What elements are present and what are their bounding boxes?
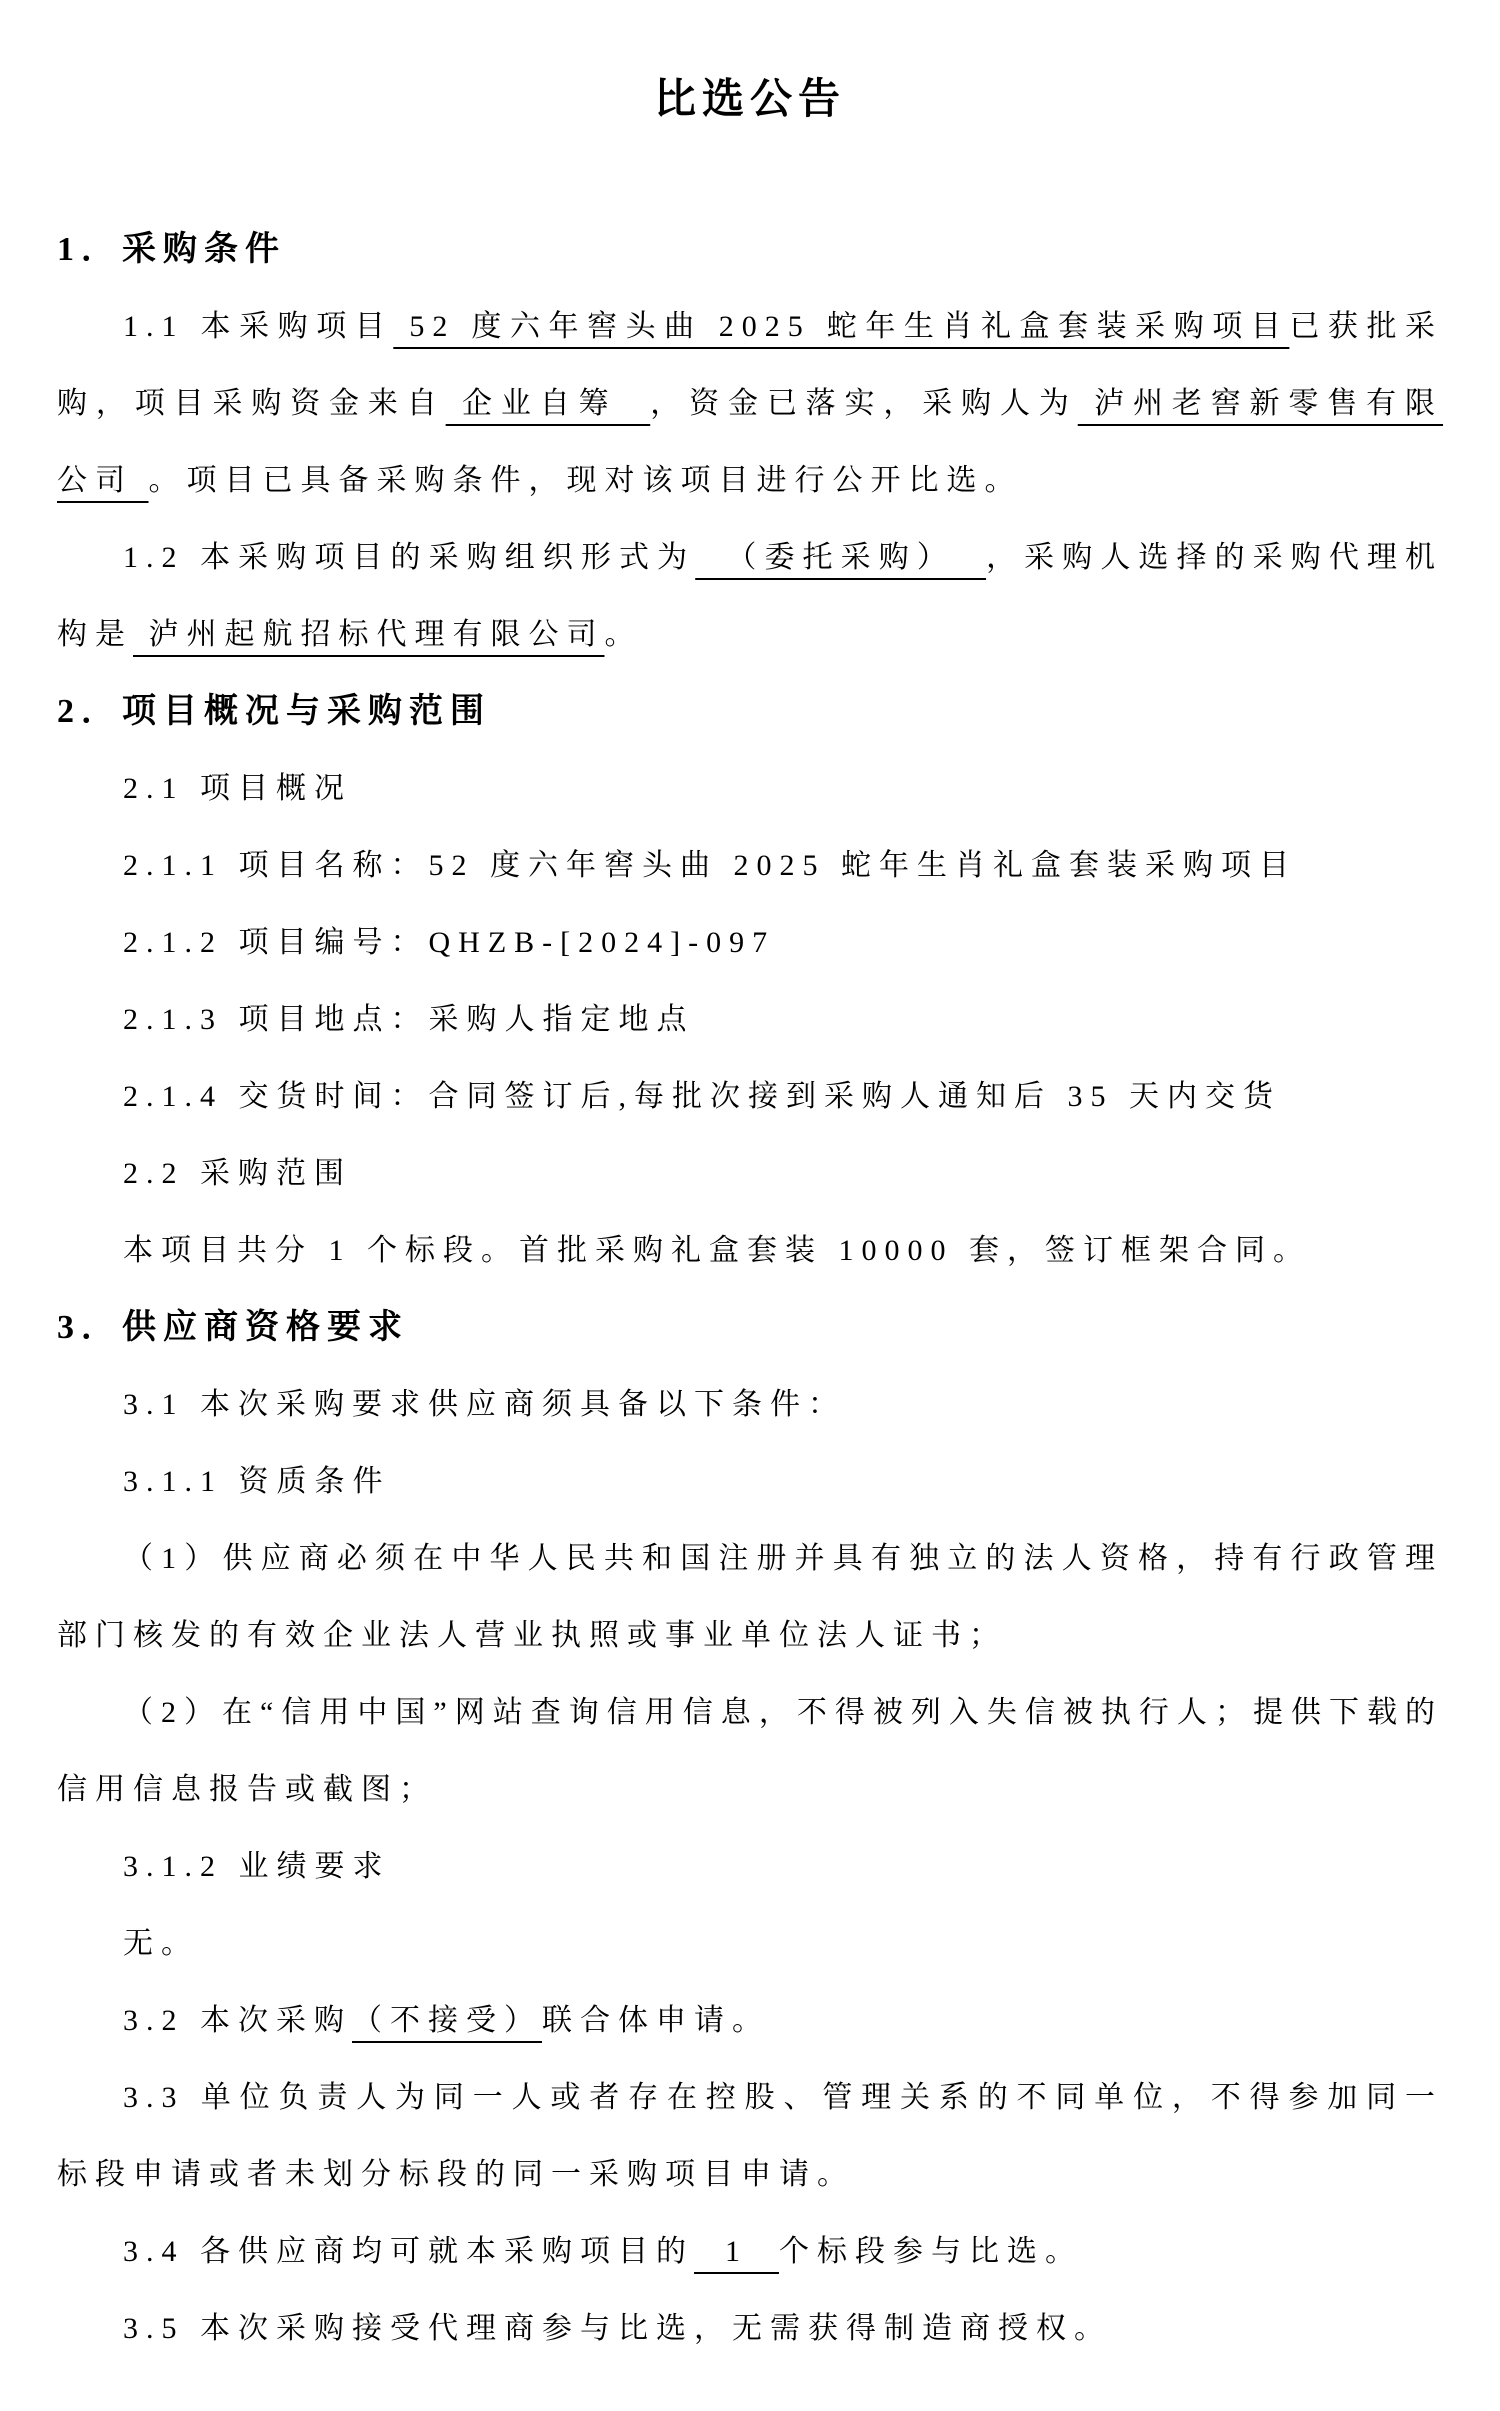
text-run: 1.2 本采购项目的采购组织形式为 (123, 541, 695, 574)
text-run: 2.1.1 项目名称：52 度六年窖头曲 2025 蛇年生肖礼盒套装采购项目 (123, 849, 1297, 882)
paragraph: 3.1.1 资质条件 (57, 1443, 1443, 1520)
paragraph: 2.1.4 交货时间：合同签订后,每批次接到采购人通知后 35 天内交货 (57, 1058, 1443, 1135)
text-run: 本项目共分 1 个标段。首批采购礼盒套装 10000 套，签订框架合同。 (123, 1234, 1311, 1267)
paragraph: 3.4 各供应商均可就本采购项目的 1 个标段参与比选。 (57, 2213, 1443, 2290)
paragraph: 1.2 本采购项目的采购组织形式为 （委托采购） ，采购人选择的采购代理机构是 … (57, 519, 1443, 673)
text-run: 个标段参与比选。 (779, 2235, 1083, 2268)
text-run: 无。 (123, 1927, 199, 1960)
text-run: 2.1.4 交货时间：合同签订后,每批次接到采购人通知后 35 天内交货 (123, 1080, 1281, 1113)
text-run: 2.1.2 项目编号：QHZB-[2024]-097 (123, 926, 775, 959)
underlined-blank: 泸州起航招标代理有限公司 (133, 618, 605, 651)
text-run: 3.5 本次采购接受代理商参与比选，无需获得制造商授权。 (123, 2312, 1112, 2345)
paragraph: （2）在“信用中国”网站查询信用信息，不得被列入失信被执行人；提供下载的信用信息… (57, 1674, 1443, 1828)
paragraph: 2.2 采购范围 (57, 1135, 1443, 1212)
text-run: 3．供应商资格要求 (57, 1309, 409, 1346)
text-run: 。 (605, 618, 643, 651)
underlined-blank: 52 度六年窖头曲 2025 蛇年生肖礼盒套装采购项目 (393, 310, 1289, 343)
paragraph: 3.5 本次采购接受代理商参与比选，无需获得制造商授权。 (57, 2290, 1443, 2367)
paragraph: （1）供应商必须在中华人民共和国注册并具有独立的法人资格，持有行政管理部门核发的… (57, 1520, 1443, 1674)
paragraph: 2.1 项目概况 (57, 750, 1443, 827)
text-run: 1．采购条件 (57, 231, 286, 268)
paragraph: 2.1.1 项目名称：52 度六年窖头曲 2025 蛇年生肖礼盒套装采购项目 (57, 827, 1443, 904)
paragraph: 3.2 本次采购（不接受）联合体申请。 (57, 1982, 1443, 2059)
text-run: 2.1 项目概况 (123, 772, 352, 805)
document-title: 比选公告 (57, 62, 1443, 139)
text-run: 3.2 本次采购 (123, 2004, 352, 2037)
paragraph: 本项目共分 1 个标段。首批采购礼盒套装 10000 套，签订框架合同。 (57, 1212, 1443, 1289)
underlined-blank: （委托采购） (695, 541, 986, 574)
text-run: 3.3 单位负责人为同一人或者存在控股、管理关系的不同单位，不得参加同一标段申请… (57, 2081, 1443, 2191)
paragraph: 无。 (57, 1905, 1443, 1982)
text-run: （1）供应商必须在中华人民共和国注册并具有独立的法人资格，持有行政管理部门核发的… (57, 1542, 1443, 1652)
underlined-blank: （不接受） (352, 2004, 542, 2037)
section-heading: 1．采购条件 (57, 211, 1443, 288)
document-page: 比选公告 1．采购条件1.1 本采购项目 52 度六年窖头曲 2025 蛇年生肖… (0, 0, 1500, 2411)
text-run: 3.1 本次采购要求供应商须具备以下条件： (123, 1388, 846, 1421)
underlined-blank: 企业自筹 (446, 387, 651, 420)
text-run: 3.1.2 业绩要求 (123, 1850, 391, 1883)
text-run: 。项目已具备采购条件，现对该项目进行公开比选。 (149, 464, 1023, 497)
section-heading: 2．项目概况与采购范围 (57, 673, 1443, 750)
paragraph: 3.1.2 业绩要求 (57, 1828, 1443, 1905)
text-run: 2．项目概况与采购范围 (57, 693, 491, 730)
text-run: 联合体申请。 (542, 2004, 770, 2037)
text-run: ，资金已落实，采购人为 (650, 387, 1078, 420)
text-run: （2）在“信用中国”网站查询信用信息，不得被列入失信被执行人；提供下载的信用信息… (57, 1696, 1443, 1806)
text-run: 2.1.3 项目地点：采购人指定地点 (123, 1003, 695, 1036)
underlined-blank: 1 (694, 2235, 779, 2268)
paragraph: 2.1.2 项目编号：QHZB-[2024]-097 (57, 904, 1443, 981)
section-heading: 3．供应商资格要求 (57, 1289, 1443, 1366)
text-run: 3.4 各供应商均可就本采购项目的 (123, 2235, 694, 2268)
paragraph: 2.1.3 项目地点：采购人指定地点 (57, 981, 1443, 1058)
text-run: 1.1 本采购项目 (123, 310, 393, 343)
document-body: 1．采购条件1.1 本采购项目 52 度六年窖头曲 2025 蛇年生肖礼盒套装采… (57, 211, 1443, 2367)
paragraph: 3.3 单位负责人为同一人或者存在控股、管理关系的不同单位，不得参加同一标段申请… (57, 2059, 1443, 2213)
paragraph: 1.1 本采购项目 52 度六年窖头曲 2025 蛇年生肖礼盒套装采购项目已获批… (57, 288, 1443, 519)
paragraph: 3.1 本次采购要求供应商须具备以下条件： (57, 1366, 1443, 1443)
text-run: 3.1.1 资质条件 (123, 1465, 391, 1498)
text-run: 2.2 采购范围 (123, 1157, 352, 1190)
